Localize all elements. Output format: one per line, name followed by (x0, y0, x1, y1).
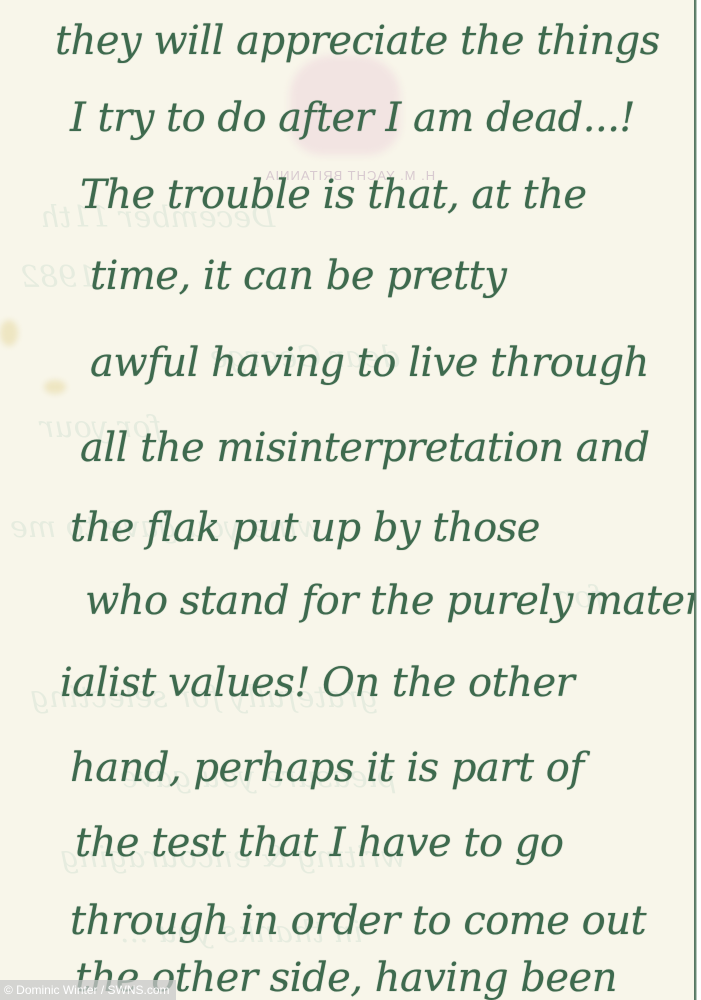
handwritten-line: who stand for the purely mater- (85, 578, 694, 624)
handwritten-line: hand, perhaps it is part of (70, 745, 584, 791)
paper-stain (44, 380, 66, 394)
handwritten-line: through in order to come out (70, 898, 646, 944)
handwritten-line: the flak put up by those (70, 505, 540, 551)
handwritten-line: the test that I have to go (75, 820, 563, 866)
handwritten-line: they will appreciate the things (55, 18, 660, 64)
handwritten-line: all the misinterpretation and (80, 425, 650, 471)
bleed-through-line: 1982 (20, 260, 96, 295)
handwritten-line: I try to do after I am dead...! (70, 95, 635, 141)
letter-page: H. M. YACHT BRITANNIA December 11th 1982… (0, 0, 694, 1000)
page-edge (694, 0, 701, 1000)
copyright-watermark: © Dominic Winter / SWNS.com (0, 980, 176, 1000)
handwritten-line: awful having to live through (90, 340, 649, 386)
handwritten-line: ialist values! On the other (60, 660, 574, 706)
handwritten-line: time, it can be pretty (90, 253, 506, 299)
paper-stain (0, 320, 18, 346)
handwritten-line: The trouble is that, at the (80, 172, 587, 218)
